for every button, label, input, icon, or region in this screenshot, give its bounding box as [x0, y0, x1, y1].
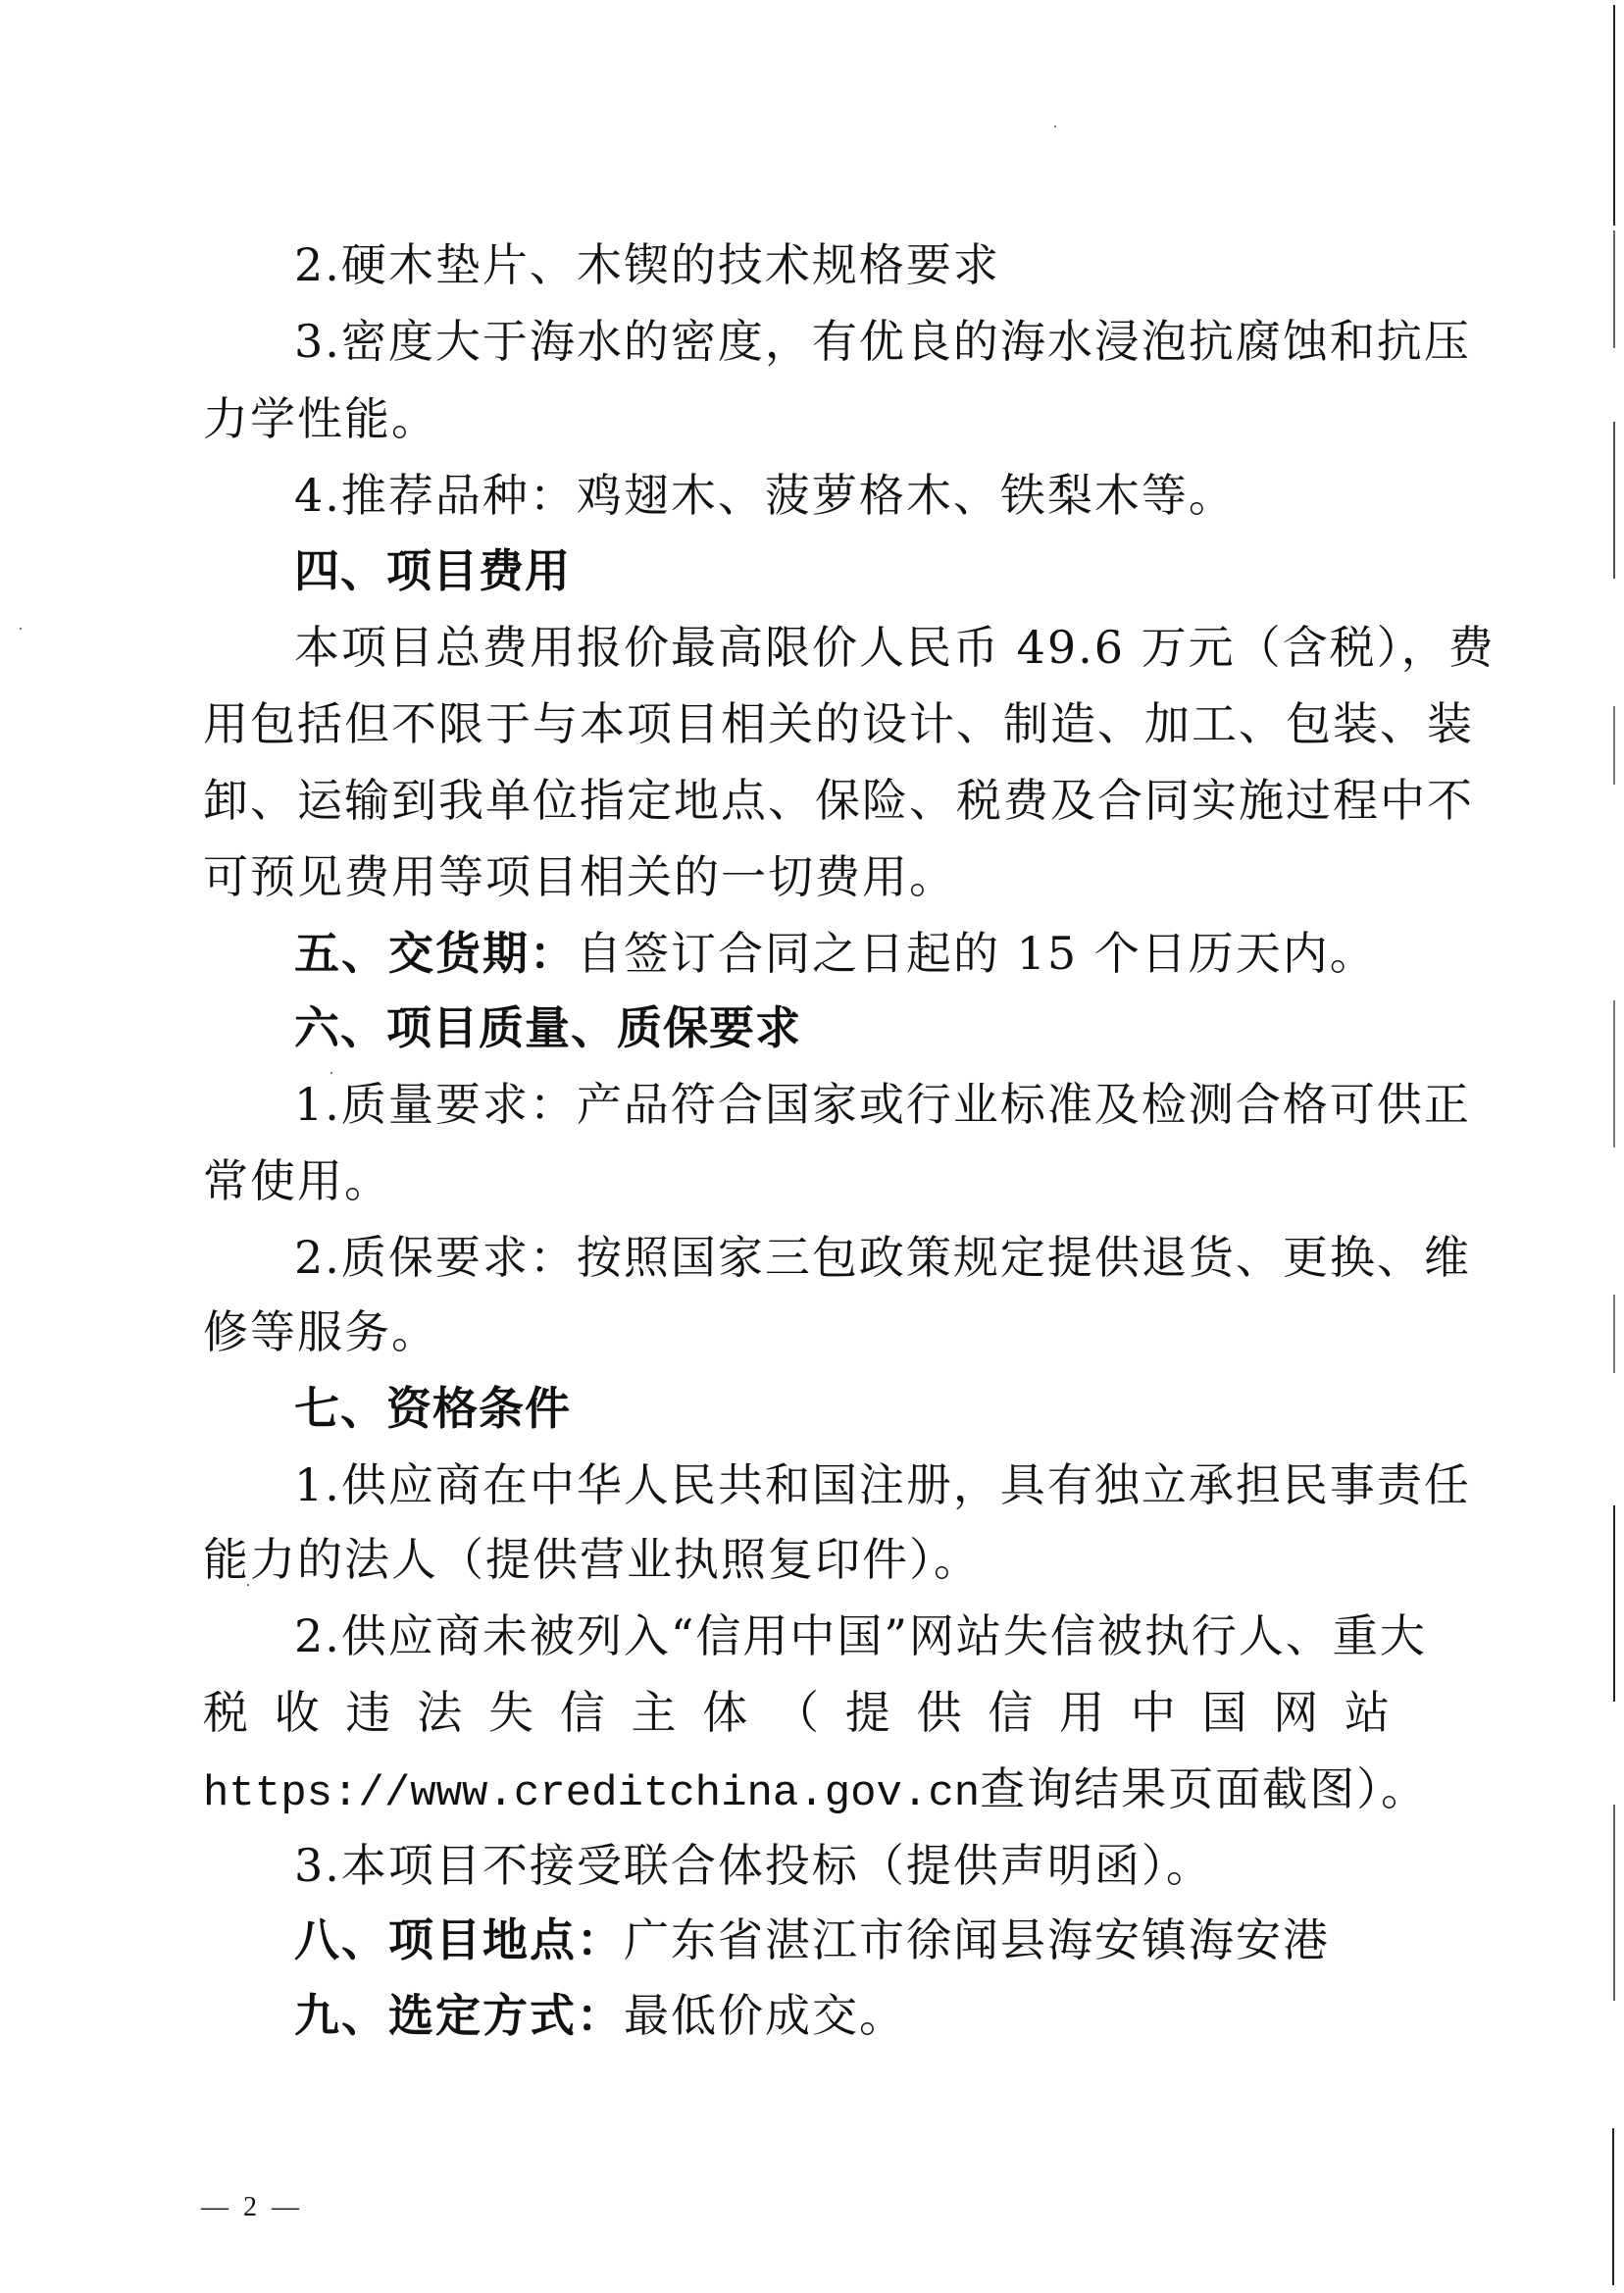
delivery-line: 五、交货期：自签订合同之日起的 15 个日历天内。 — [294, 924, 1392, 983]
quality-1-line-2: 常使用。 — [203, 1151, 1392, 1210]
qual-2-line-2: 税收违法失信主体（提供信用中国网站 — [203, 1683, 1392, 1742]
method-line: 九、选定方式：最低价成交。 — [294, 1986, 1392, 2045]
density-line-2: 力学性能。 — [203, 389, 1392, 448]
section-heading-qualification: 七、资格条件 — [294, 1379, 1392, 1438]
page-number: — 2 — — [201, 2192, 303, 2223]
density-line-1: 3.密度大于海水的密度，有优良的海水浸泡抗腐蚀和抗压 — [294, 312, 1392, 371]
section-heading-delivery: 五、交货期： — [294, 927, 577, 980]
delivery-text: 自签订合同之日起的 15 个日历天内。 — [577, 927, 1377, 980]
scan-edge-line — [1613, 230, 1615, 348]
quality-2-line-2: 修等服务。 — [203, 1302, 1392, 1361]
cost-line-2: 用包括但不限于与本项目相关的设计、制造、加工、包装、装 — [203, 694, 1392, 753]
qual-3-line: 3.本项目不接受联合体投标（提供声明函）。 — [294, 1836, 1392, 1895]
scan-speck — [247, 1584, 249, 1586]
scan-speck — [20, 628, 22, 630]
url-suffix-text: 查询结果页面截图）。 — [980, 1762, 1428, 1815]
scan-edge-line — [1612, 2128, 1614, 2285]
scan-speck — [330, 1072, 332, 1074]
cost-line-3: 卸、运输到我单位指定地点、保险、税费及合同实施过程中不 — [203, 771, 1392, 830]
scan-edge-line — [1613, 1295, 1615, 1373]
section-heading-method: 九、选定方式： — [294, 1989, 624, 2042]
species-line: 4.推荐品种：鸡翅木、菠萝格木、铁梨木等。 — [294, 466, 1392, 525]
section-heading-quality: 六、项目质量、质保要求 — [294, 998, 1392, 1057]
quality-1-line-1: 1.质量要求：产品符合国家或行业标准及检测合格可供正 — [294, 1075, 1392, 1134]
qual-2-line-1: 2.供应商未被列入“信用中国”网站失信被执行人、重大 — [294, 1606, 1392, 1665]
scan-edge-line — [1613, 1805, 1615, 2001]
qual-1-line-1: 1.供应商在中华人民共和国注册，具有独立承担民事责任 — [294, 1455, 1392, 1514]
qual-2-line-3: https://www.creditchina.gov.cn查询结果页面截图）。 — [203, 1759, 1392, 1818]
section-heading-location: 八、项目地点： — [294, 1913, 624, 1966]
location-text: 广东省湛江市徐闻县海安镇海安港 — [624, 1913, 1330, 1966]
method-text: 最低价成交。 — [624, 1989, 906, 2042]
spec-subtitle: 2.硬木垫片、木锲的技术规格要求 — [294, 235, 1392, 294]
creditchina-url-link[interactable]: https://www.creditchina.gov.cn — [203, 1769, 980, 1818]
scan-speck — [1054, 126, 1056, 127]
cost-line-4: 可预见费用等项目相关的一切费用。 — [203, 847, 1392, 906]
quality-2-line-1: 2.质保要求：按照国家三包政策规定提供退货、更换、维 — [294, 1228, 1392, 1287]
scan-edge-line — [1613, 422, 1615, 579]
section-heading-cost: 四、项目费用 — [294, 541, 1392, 600]
scan-edge-line — [1613, 1505, 1615, 1702]
location-line: 八、项目地点：广东省湛江市徐闻县海安镇海安港 — [294, 1911, 1392, 1969]
cost-line-1: 本项目总费用报价最高限价人民币 49.6 万元（含税），费 — [294, 618, 1392, 677]
scan-edge-line — [1613, 1000, 1615, 1147]
document-page: 2.硬木垫片、木锲的技术规格要求 3.密度大于海水的密度，有优良的海水浸泡抗腐蚀… — [0, 0, 1624, 2293]
qual-1-line-2: 能力的法人（提供营业执照复印件）。 — [203, 1530, 1392, 1589]
scan-edge-line — [1613, 706, 1615, 785]
scan-edge-line — [1613, 5, 1615, 226]
